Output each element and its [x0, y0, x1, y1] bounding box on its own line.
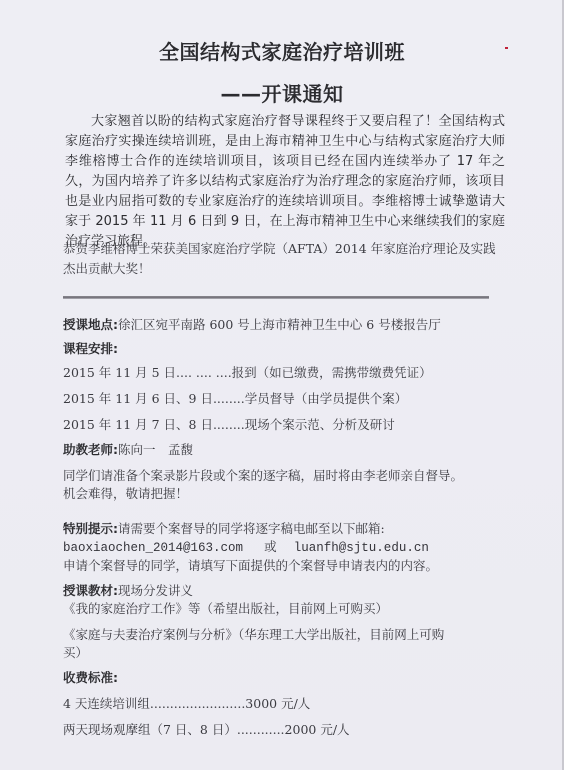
- schedule-item: 2015 年 11 月 5 日.... .... ....报到（如已缴费，需携带…: [63, 364, 432, 382]
- preparation-note: 同学们请准备个案录影片段或个案的逐字稿，届时将由李老师亲自督导。 机会难得，敬请…: [63, 467, 508, 503]
- schedule-label: 课程安排:: [63, 341, 118, 356]
- preparation-line-2: 机会难得，敬请把握！: [63, 485, 508, 503]
- materials-section: 授课教材:现场分发讲义 《我的家庭治疗工作》等（希望出版社，目前网上可购买） 《…: [63, 582, 508, 662]
- intro-paragraph: 大家翘首以盼的结构式家庭治疗督导课程终于又要启程了！全国结构式家庭治疗实操连续培…: [65, 112, 505, 252]
- special-note-text: 请需要个案督导的同学将逐字稿电邮至以下邮箱:: [118, 521, 385, 536]
- document-page: 全国结构式家庭治疗培训班 ——开课通知 大家翘首以盼的结构式家庭治疗督导课程终于…: [0, 0, 564, 770]
- materials-value: 现场分发讲义: [118, 583, 193, 598]
- document-subtitle: ——开课通知: [0, 78, 564, 107]
- assistants-label: 助教老师:: [63, 442, 118, 457]
- email-link-1[interactable]: baoxiaochen_2014@163.com: [63, 541, 243, 555]
- document-title: 全国结构式家庭治疗培训班: [0, 36, 564, 65]
- or-text: 或: [264, 539, 277, 554]
- fees-label-row: 收费标准:: [63, 669, 118, 687]
- special-note-label: 特别提示:: [63, 521, 118, 536]
- venue-value: 徐汇区宛平南路 600 号上海市精神卫生中心 6 号楼报告厅: [118, 317, 441, 332]
- book-1: 《我的家庭治疗工作》等（希望出版社，目前网上可购买）: [63, 600, 508, 618]
- venue-label: 授课地点:: [63, 317, 118, 332]
- preparation-line-1: 同学们请准备个案录影片段或个案的逐字稿，届时将由李老师亲自督导。: [63, 467, 508, 485]
- assistants-row: 助教老师:陈向一 孟馥: [63, 441, 193, 459]
- schedule-label-row: 课程安排:: [63, 340, 118, 358]
- fee-item: 两天现场观摩组（7 日、8 日）............2000 元/人: [63, 721, 350, 739]
- fees-label: 收费标准:: [63, 670, 118, 685]
- congratulation-text: 恭贺李维榕博士荣获美国家庭治疗学院（AFTA）2014 年家庭治疗理论及实践杰出…: [63, 239, 508, 279]
- venue-row: 授课地点:徐汇区宛平南路 600 号上海市精神卫生中心 6 号楼报告厅: [63, 316, 441, 334]
- separator-line: [63, 296, 489, 299]
- materials-label: 授课教材:: [63, 583, 118, 598]
- email-link-2[interactable]: luanfh@sjtu.edu.cn: [294, 541, 429, 555]
- schedule-item: 2015 年 11 月 7 日、8 日........现场个案示范、分析及研讨: [63, 416, 395, 434]
- fee-item: 4 天连续培训组........................3000 元/人: [63, 695, 310, 713]
- assistants-value: 陈向一 孟馥: [118, 442, 193, 457]
- schedule-item: 2015 年 11 月 6 日、9 日........学员督导（由学员提供个案）: [63, 390, 407, 408]
- special-note: 特别提示:请需要个案督导的同学将逐字稿电邮至以下邮箱: baoxiaochen_…: [63, 520, 508, 575]
- book-2-line-1: 《家庭与夫妻治疗案例与分析》（华东理工大学出版社，目前网上可购: [63, 626, 508, 644]
- book-2-line-2: 买）: [63, 644, 508, 662]
- application-note: 申请个案督导的同学，请填写下面提供的个案督导申请表内的内容。: [63, 557, 508, 575]
